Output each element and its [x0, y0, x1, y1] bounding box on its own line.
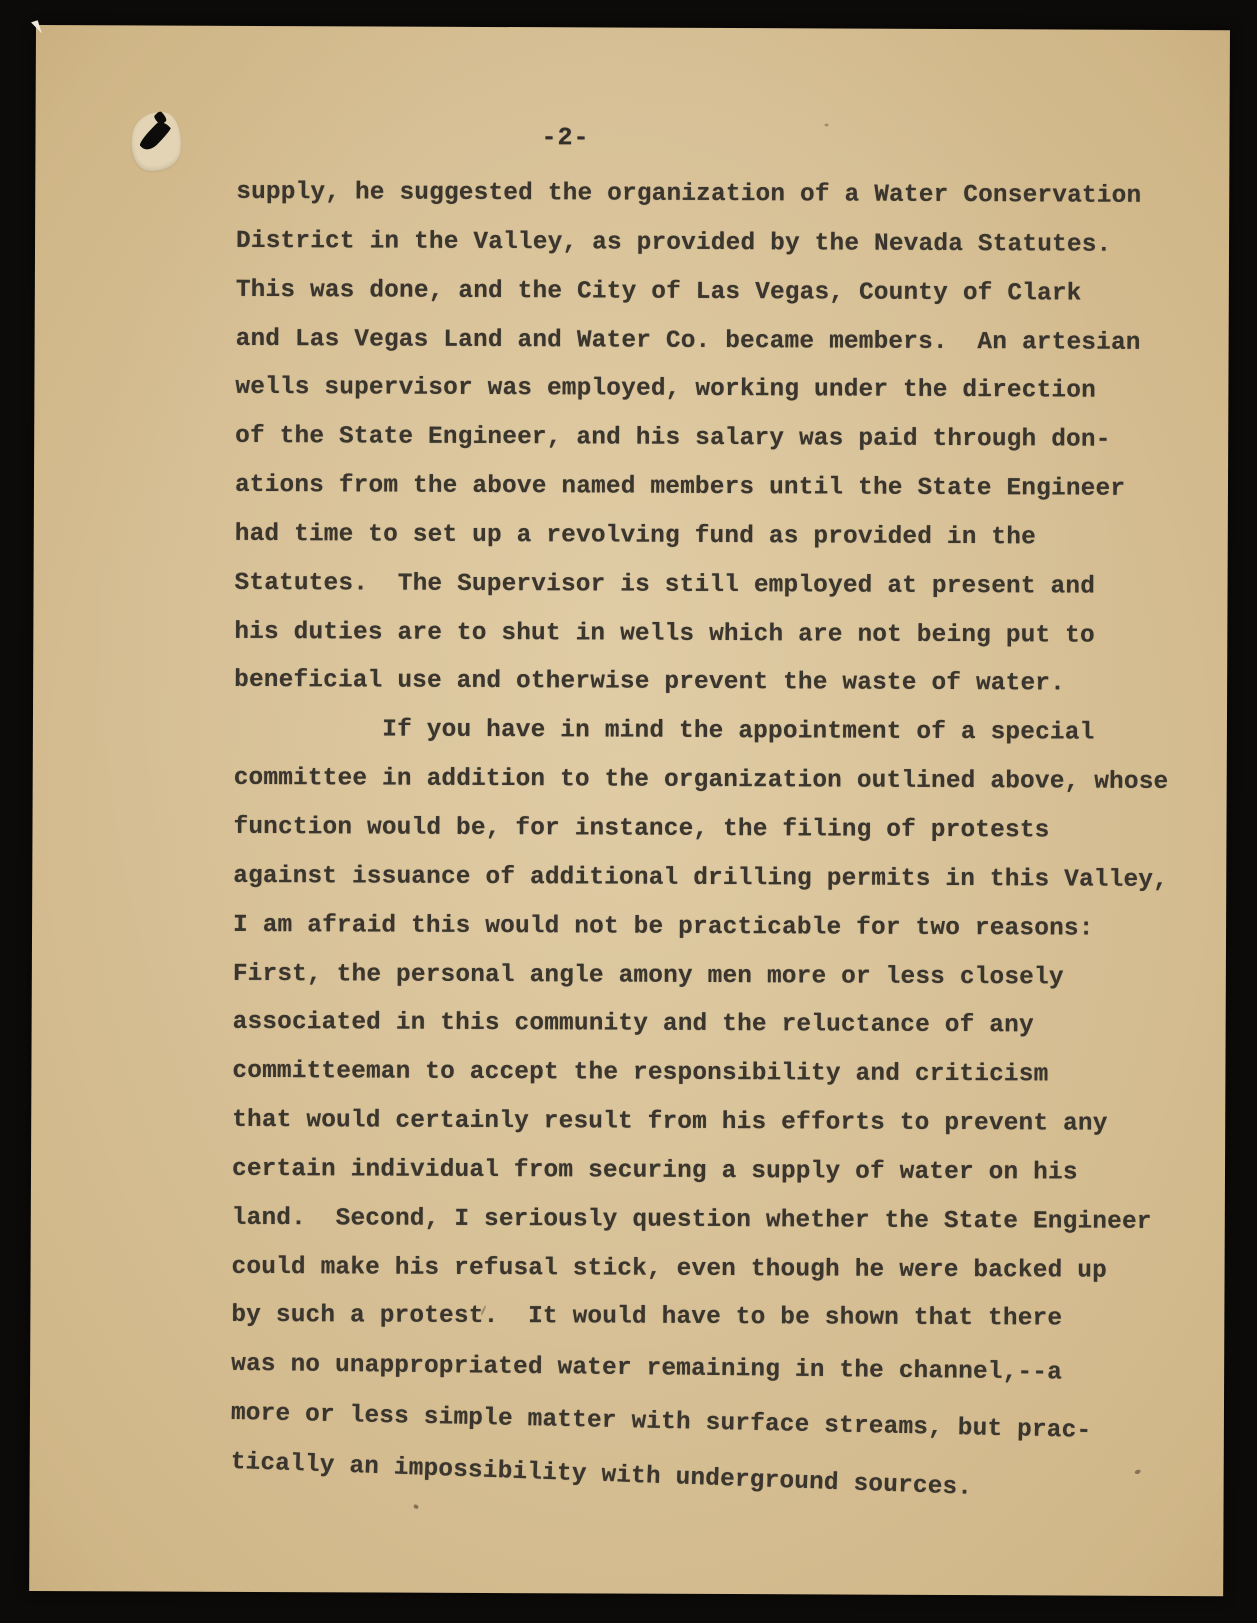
text-line: could make his refusal stick, even thoug… [231, 1243, 1206, 1296]
text-line: ations from the above named members unti… [235, 462, 1210, 515]
text-line: wells supervisor was employed, working u… [235, 364, 1210, 417]
text-line: land. Second, I seriously question wheth… [232, 1195, 1207, 1248]
text-line: committee in addition to the organizatio… [234, 755, 1209, 808]
text-line: that would certainly result from his eff… [232, 1097, 1207, 1150]
scanned-document: { "doc": { "page_number": "-2-", "lines"… [0, 0, 1257, 1623]
text-line: committeeman to accept the responsibilit… [232, 1048, 1207, 1101]
text-line: I am afraid this would not be practicabl… [233, 902, 1208, 955]
text-line: against issuance of additional drilling … [233, 853, 1208, 906]
text-line: beneficial use and otherwise prevent the… [234, 657, 1209, 710]
text-line: and Las Vegas Land and Water Co. became … [236, 315, 1211, 368]
text-line: had time to set up a revolving fund as p… [235, 511, 1210, 564]
text-line: Statutes. The Supervisor is still employ… [234, 560, 1209, 613]
text-line: was no unappropriated water remaining in… [231, 1341, 1206, 1400]
text-line: his duties are to shut in wells which ar… [234, 608, 1209, 661]
paper-tear-hole-dark [138, 119, 172, 154]
text-line: by such a protest. It would have to be s… [231, 1292, 1206, 1345]
paper-speck [413, 1504, 419, 1510]
text-line: function would be, for instance, the fil… [233, 804, 1208, 857]
text-line: If you have in mind the appointment of a… [234, 706, 1209, 759]
paper-tear-hole [127, 108, 185, 175]
text-line: of the State Engineer, and his salary wa… [235, 413, 1210, 466]
text-line: associated in this community and the rel… [233, 999, 1208, 1052]
paper-speck [825, 123, 829, 126]
text-line: supply, he suggested the organization of… [236, 169, 1211, 222]
text-line: This was done, and the City of Las Vegas… [236, 267, 1211, 320]
text-line: District in the Valley, as provided by t… [236, 218, 1211, 271]
text-line: certain individual from securing a suppl… [232, 1146, 1207, 1199]
typed-text-block: supply, he suggested the organization of… [231, 169, 1212, 1492]
document-page: -2- supply, he suggested the organizatio… [29, 25, 1230, 1596]
page-number: -2- [541, 123, 589, 152]
text-line: First, the personal angle amony men more… [233, 950, 1208, 1003]
